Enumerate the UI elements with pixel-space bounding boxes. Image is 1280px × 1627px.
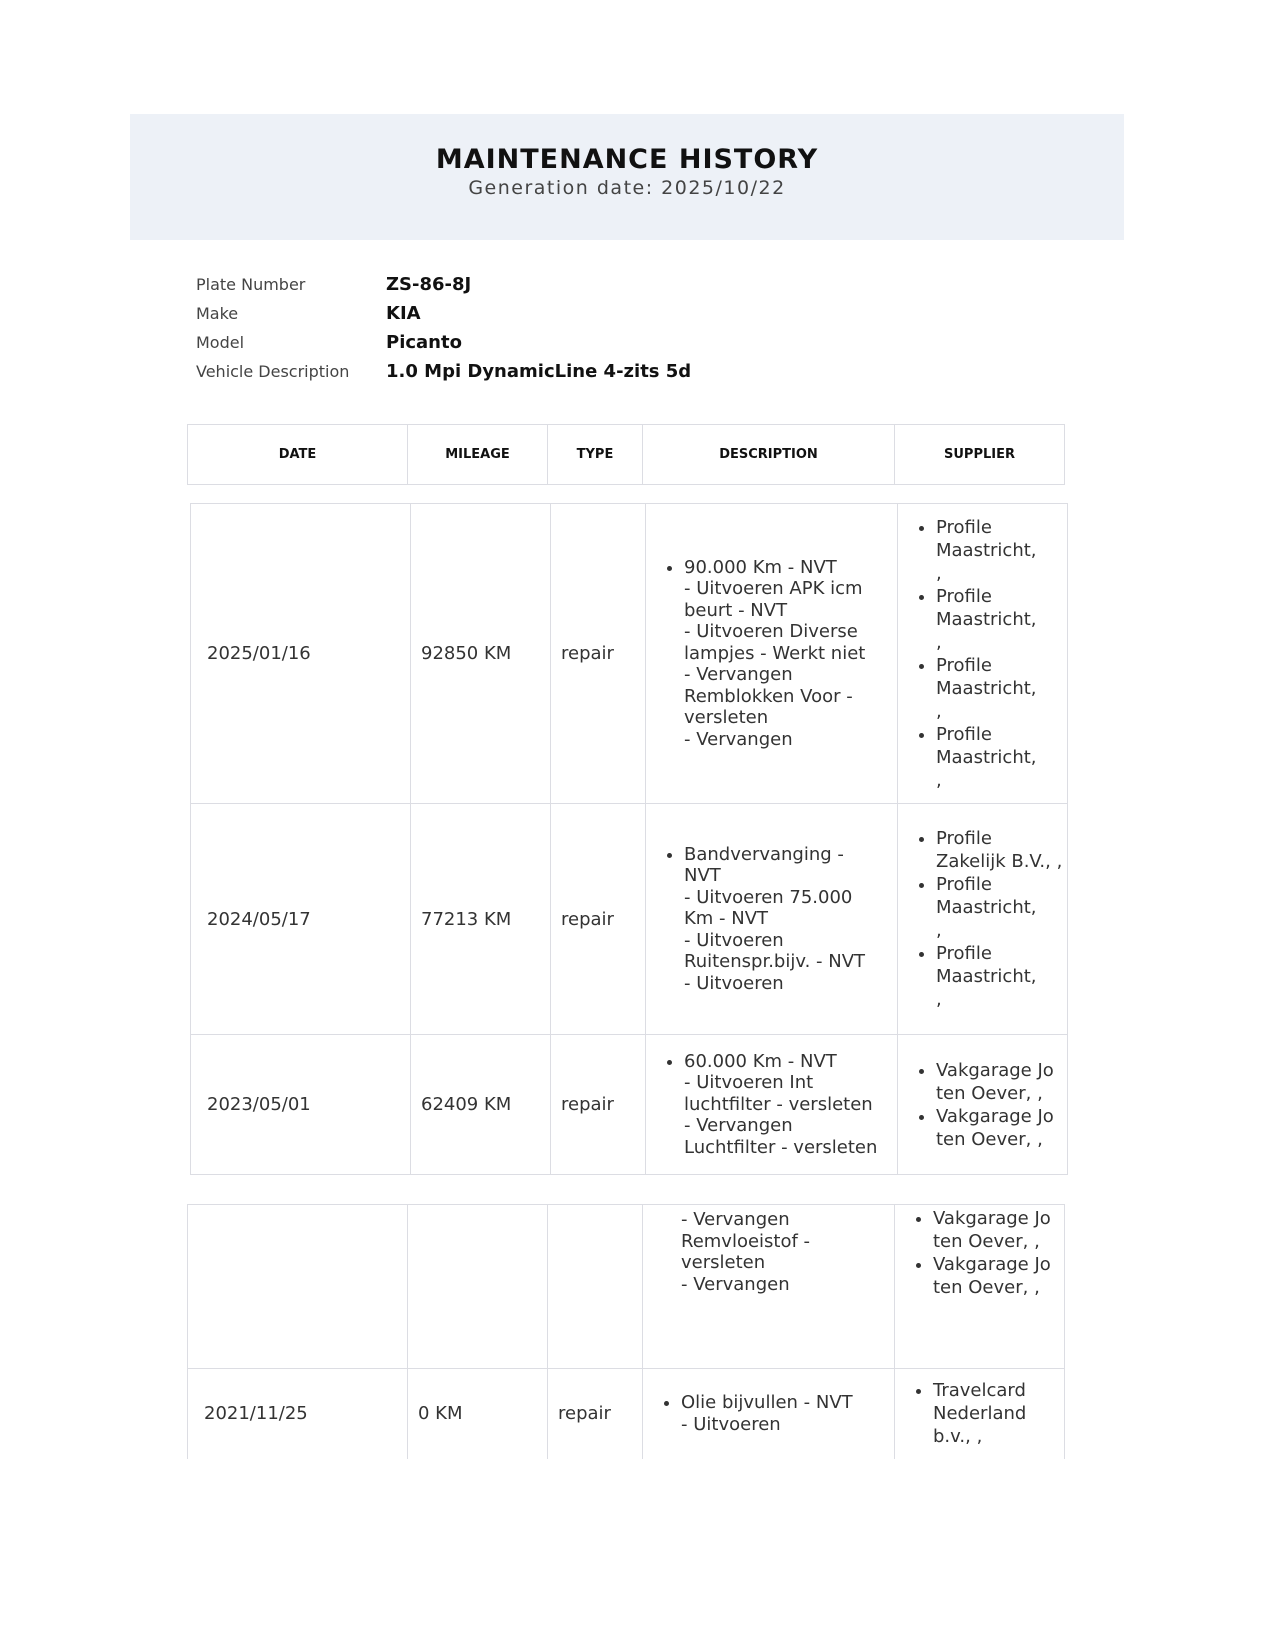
cell-description: Bandvervanging - NVT - Uitvoeren 75.000 … xyxy=(646,804,898,1035)
plate-label: Plate Number xyxy=(196,275,386,294)
cell-supplier: Profile Zakelijk B.V., ,Profile Maastric… xyxy=(898,804,1068,1035)
vehicle-description-value: 1.0 Mpi DynamicLine 4-zits 5d xyxy=(386,361,691,382)
column-description: DESCRIPTION xyxy=(643,425,895,485)
column-supplier: SUPPLIER xyxy=(895,425,1065,485)
supplier-item: Vakgarage Jo ten Oever, , xyxy=(933,1207,1060,1253)
description-item: Olie bijvullen - NVT - Uitvoeren xyxy=(681,1392,882,1435)
report-header: MAINTENANCE HISTORY Generation date: 202… xyxy=(130,114,1124,240)
supplier-item: Vakgarage Jo ten Oever, , xyxy=(933,1253,1060,1299)
model-value: Picanto xyxy=(386,332,462,353)
history-table: 2025/01/1692850 KMrepair90.000 Km - NVT … xyxy=(190,503,1068,1175)
vehicle-model-row: Model Picanto xyxy=(196,328,691,357)
cell-mileage: 0 KM xyxy=(408,1369,548,1459)
supplier-item: Profile Maastricht, , xyxy=(936,942,1063,1011)
make-value: KIA xyxy=(386,303,421,324)
vehicle-info: Plate Number ZS-86-8J Make KIA Model Pic… xyxy=(196,270,691,386)
cell-type: repair xyxy=(551,804,646,1035)
history-table-continued: - Vervangen Remvloeistof - versleten - V… xyxy=(187,1204,1065,1459)
column-mileage: MILEAGE xyxy=(408,425,548,485)
cell-supplier: Vakgarage Jo ten Oever, ,Vakgarage Jo te… xyxy=(895,1205,1065,1369)
vehicle-description-row: Vehicle Description 1.0 Mpi DynamicLine … xyxy=(196,357,691,386)
cell-description: 60.000 Km - NVT - Uitvoeren Int luchtfil… xyxy=(646,1035,898,1175)
cell-type: repair xyxy=(551,504,646,804)
description-text: - Vervangen Remvloeistof - versleten - V… xyxy=(643,1209,882,1295)
generation-date: Generation date: 2025/10/22 xyxy=(130,177,1124,199)
history-table-header: DATE MILEAGE TYPE DESCRIPTION SUPPLIER xyxy=(187,424,1065,485)
column-type: TYPE xyxy=(548,425,643,485)
cell-type xyxy=(548,1205,643,1369)
description-item: 60.000 Km - NVT - Uitvoeren Int luchtfil… xyxy=(684,1051,885,1159)
cell-type: repair xyxy=(551,1035,646,1175)
table-row: 2024/05/1777213 KMrepairBandvervanging -… xyxy=(191,804,1068,1035)
cell-mileage: 77213 KM xyxy=(411,804,551,1035)
cell-supplier: Travelcard Nederland b.v., , xyxy=(895,1369,1065,1459)
cell-date: 2023/05/01 xyxy=(191,1035,411,1175)
table-row: 2025/01/1692850 KMrepair90.000 Km - NVT … xyxy=(191,504,1068,804)
cell-mileage: 62409 KM xyxy=(411,1035,551,1175)
cell-date: 2024/05/17 xyxy=(191,804,411,1035)
cell-description: 90.000 Km - NVT - Uitvoeren APK icm beur… xyxy=(646,504,898,804)
table-row: 2023/05/0162409 KMrepair60.000 Km - NVT … xyxy=(191,1035,1068,1175)
make-label: Make xyxy=(196,304,386,323)
report-title: MAINTENANCE HISTORY xyxy=(130,144,1124,175)
supplier-item: Profile Maastricht, , xyxy=(936,516,1063,585)
column-date: DATE xyxy=(188,425,408,485)
supplier-item: Profile Maastricht, , xyxy=(936,585,1063,654)
cell-type: repair xyxy=(548,1369,643,1459)
cell-description: - Vervangen Remvloeistof - versleten - V… xyxy=(643,1205,895,1369)
cell-mileage xyxy=(408,1205,548,1369)
cell-description: Olie bijvullen - NVT - Uitvoeren xyxy=(643,1369,895,1459)
cell-date xyxy=(188,1205,408,1369)
vehicle-plate-row: Plate Number ZS-86-8J xyxy=(196,270,691,299)
table-row: 2021/11/250 KMrepairOlie bijvullen - NVT… xyxy=(188,1369,1065,1459)
supplier-item: Profile Maastricht, , xyxy=(936,873,1063,942)
plate-value: ZS-86-8J xyxy=(386,274,471,295)
vehicle-description-label: Vehicle Description xyxy=(196,362,386,381)
supplier-item: Profile Zakelijk B.V., , xyxy=(936,827,1063,873)
description-item: Bandvervanging - NVT - Uitvoeren 75.000 … xyxy=(684,844,885,995)
table-row: - Vervangen Remvloeistof - versleten - V… xyxy=(188,1205,1065,1369)
supplier-item: Travelcard Nederland b.v., , xyxy=(933,1379,1060,1448)
cell-date: 2025/01/16 xyxy=(191,504,411,804)
cell-supplier: Profile Maastricht, ,Profile Maastricht,… xyxy=(898,504,1068,804)
model-label: Model xyxy=(196,333,386,352)
cell-date: 2021/11/25 xyxy=(188,1369,408,1459)
vehicle-make-row: Make KIA xyxy=(196,299,691,328)
cell-supplier: Vakgarage Jo ten Oever, ,Vakgarage Jo te… xyxy=(898,1035,1068,1175)
supplier-item: Vakgarage Jo ten Oever, , xyxy=(936,1105,1063,1151)
description-item: 90.000 Km - NVT - Uitvoeren APK icm beur… xyxy=(684,557,885,751)
cell-mileage: 92850 KM xyxy=(411,504,551,804)
supplier-item: Profile Maastricht, , xyxy=(936,654,1063,723)
supplier-item: Profile Maastricht, , xyxy=(936,723,1063,792)
supplier-item: Vakgarage Jo ten Oever, , xyxy=(936,1059,1063,1105)
